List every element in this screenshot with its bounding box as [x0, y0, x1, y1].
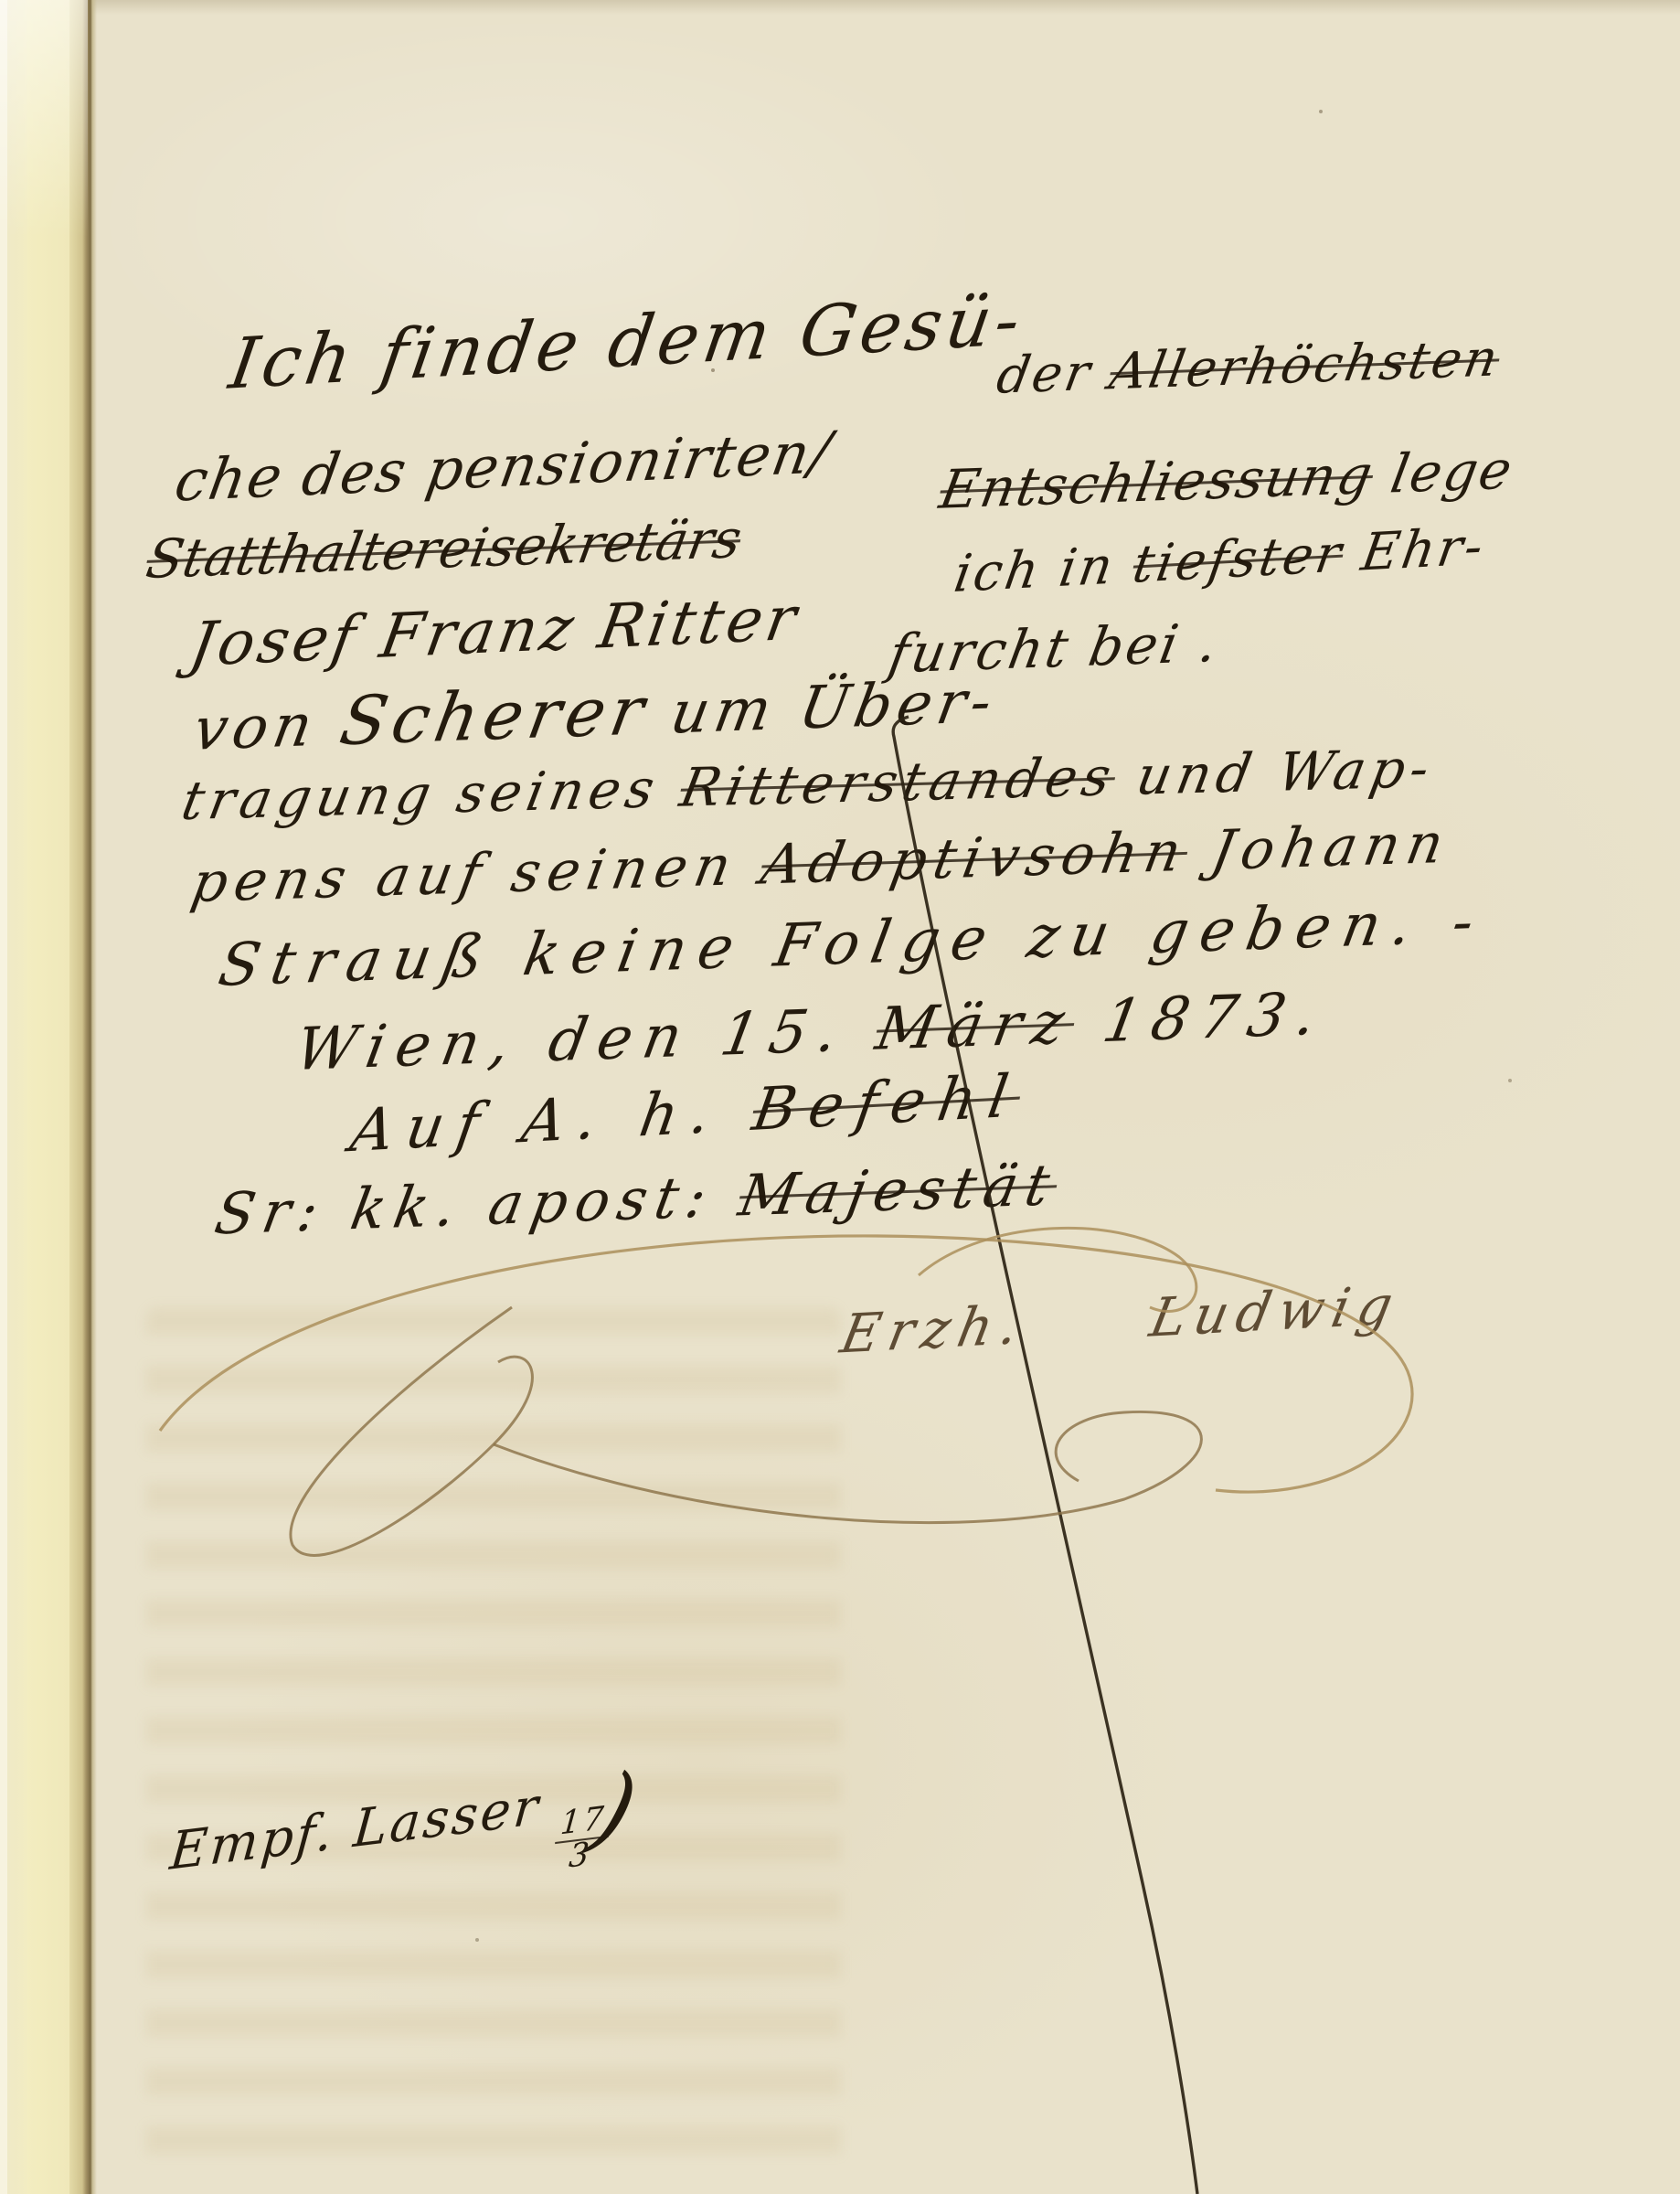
- manuscript-page: Ich finde dem Gesü- che des pensionirten…: [0, 0, 1680, 2194]
- manuscript-line-right-4: furcht bei .: [797, 562, 1233, 737]
- signature-text: Erzh. Ludwig: [835, 1273, 1406, 1366]
- handwriting-segment: furcht bei .: [884, 612, 1225, 686]
- handwriting-segment: Sr: kk. apost:: [210, 1162, 746, 1248]
- paper-speck: [1508, 1079, 1512, 1082]
- paper-speck: [1319, 110, 1323, 113]
- book-page-edge: [0, 0, 97, 2194]
- handwriting-segment: Allerhöchsten: [1105, 328, 1505, 400]
- handwriting-segment: der: [993, 342, 1116, 405]
- handwriting-segment: Majestät: [734, 1151, 1063, 1230]
- registry-note-text: Empf. Lasser: [167, 1776, 543, 1882]
- handwriting-segment: Ehr-: [1338, 517, 1490, 584]
- book-page-edge-highlight: [0, 0, 88, 238]
- handwriting-segment: 1873.: [1069, 980, 1333, 1057]
